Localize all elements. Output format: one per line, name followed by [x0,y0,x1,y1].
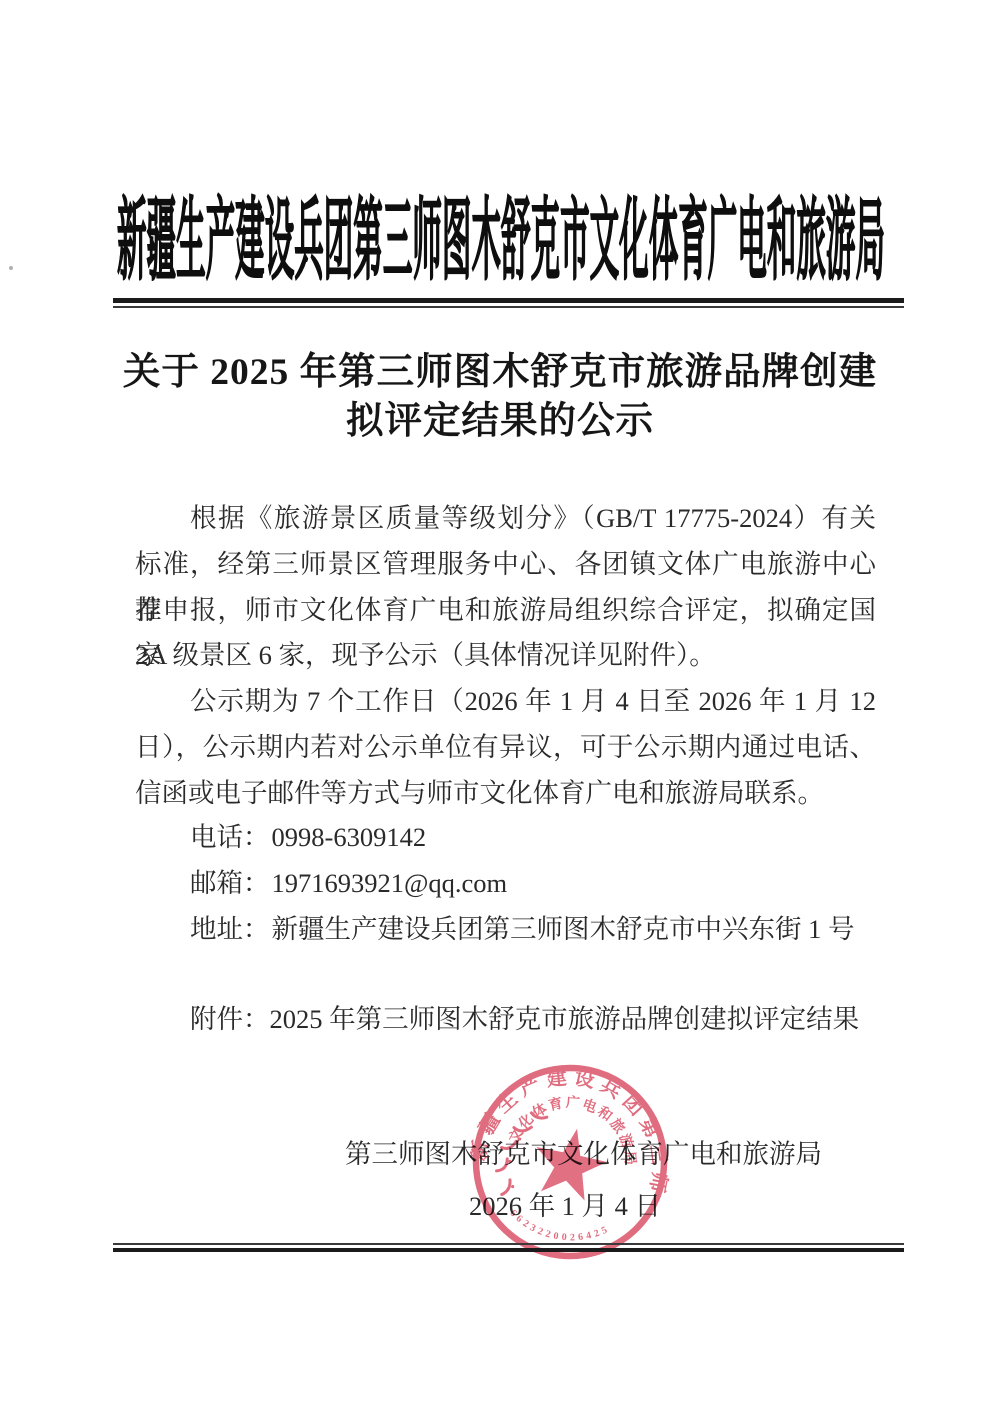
contact-info: 电话：0998-6309142 邮箱：1971693921@qq.com 地址：… [135,815,876,952]
paragraph-line: 荐申报，师市文化体育广电和旅游局组织综合评定，拟确定国家 [135,588,876,634]
paragraph-line: 日），公示期内若对公示单位有异议，可于公示期内通过电话、 [135,725,876,771]
attachment-section: 附件：2025 年第三师图木舒克市旅游品牌创建拟评定结果 [135,997,876,1043]
scanned-notice-page: 新疆生产建设兵团第三师图木舒克市文化体育广电和旅游局 关于 2025 年第三师图… [0,0,1000,1413]
footer-rule-thick [113,1248,904,1253]
paragraph-line: 标准，经第三师景区管理服务中心、各团镇文体广电旅游中心推 [135,542,876,588]
header-rule-thin [113,306,904,308]
paragraph-line: 信函或电子邮件等方式与师市文化体育广电和旅游局联系。 [135,771,876,817]
seal-star-icon [527,1121,612,1203]
paragraph-line: 公示期为 7 个工作日（2026 年 1 月 4 日至 2026 年 1 月 1… [135,679,876,725]
email-label: 邮箱： [190,868,270,898]
official-seal: 新疆生产建设兵团第三师 文化体育广电和旅游局 6623220026425 [470,1062,670,1262]
address-value: 新疆生产建设兵团第三师图木舒克市中兴东街 1 号 [272,914,855,944]
letterhead-banner: 新疆生产建设兵团第三师图木舒克市文化体育广电和旅游局 [114,182,888,298]
letterhead-text: 新疆生产建设兵团第三师图木舒克市文化体育广电和旅游局 [117,192,885,291]
phone-label: 电话： [190,822,270,852]
phone-value: 0998-6309142 [272,822,427,852]
paragraph-1: 根据《旅游景区质量等级划分》（GB/T 17775-2024）有关 标准，经第三… [135,496,876,679]
address-label: 地址： [190,914,270,944]
header-rule-thick [113,298,904,303]
notice-title-line1: 关于 2025 年第三师图木舒克市旅游品牌创建 [115,349,885,398]
notice-title: 关于 2025 年第三师图木舒克市旅游品牌创建 拟评定结果的公示 [115,349,885,446]
contact-phone-row: 电话：0998-6309142 [135,815,876,861]
email-value: 1971693921@qq.com [272,868,508,898]
paragraph-line: 2A 级景区 6 家，现予公示（具体情况详见附件）。 [135,633,876,679]
contact-address-row: 地址：新疆生产建设兵团第三师图木舒克市中兴东街 1 号 [135,907,876,953]
paragraph-line: 根据《旅游景区质量等级划分》（GB/T 17775-2024）有关 [135,496,876,542]
scan-speck [9,266,13,270]
attachment-line: 附件：2025 年第三师图木舒克市旅游品牌创建拟评定结果 [135,997,876,1043]
paragraph-2: 公示期为 7 个工作日（2026 年 1 月 4 日至 2026 年 1 月 1… [135,679,876,816]
contact-email-row: 邮箱：1971693921@qq.com [135,861,876,907]
footer-rule-thin [113,1243,904,1245]
notice-title-line2: 拟评定结果的公示 [115,398,885,447]
